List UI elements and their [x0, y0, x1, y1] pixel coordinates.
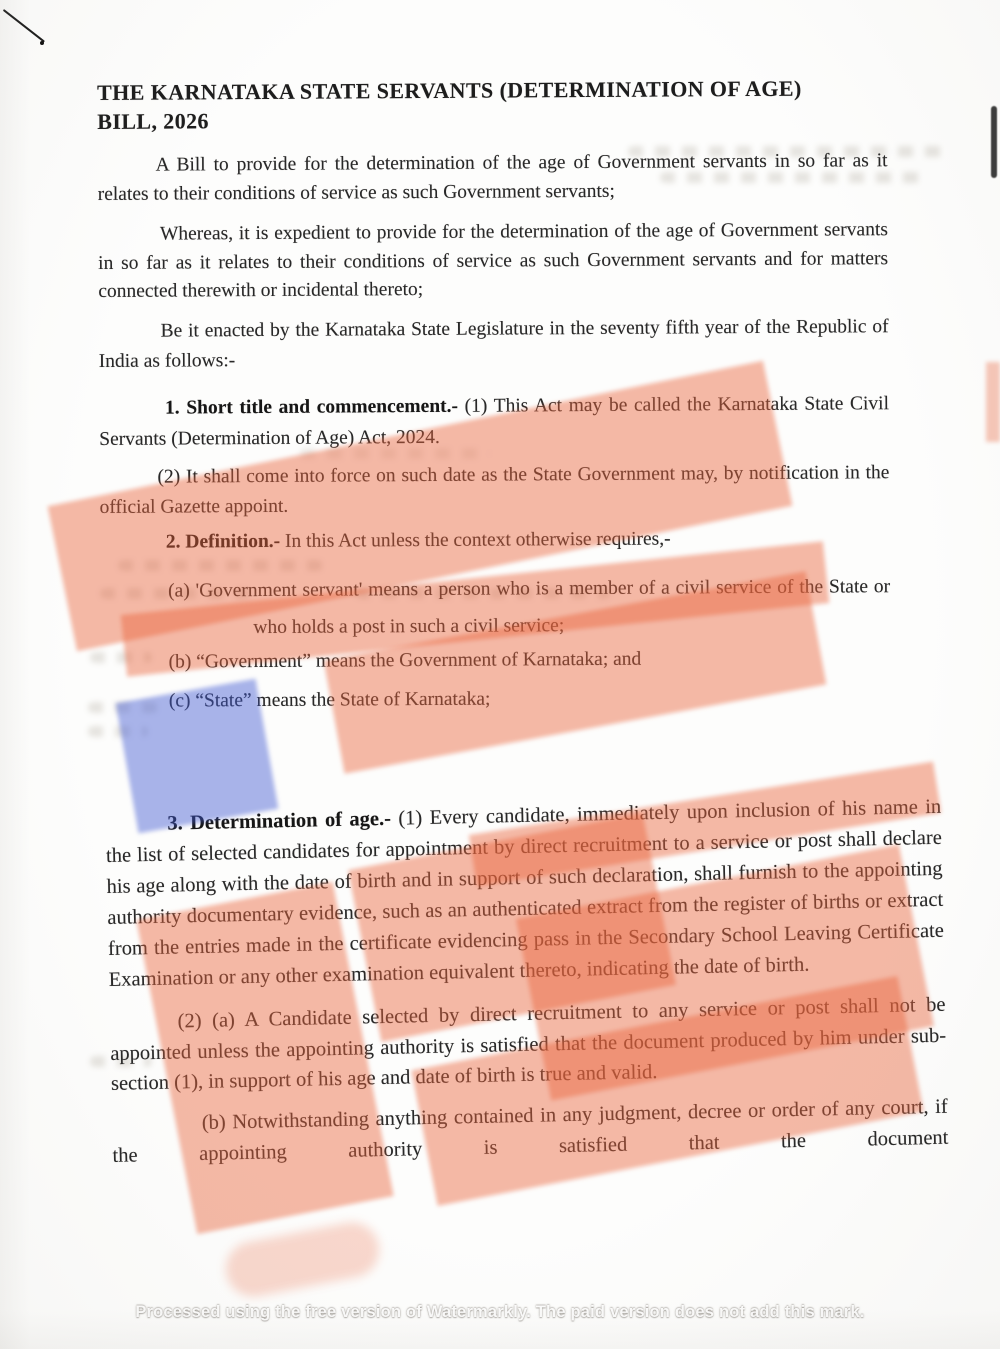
section1-clause2-paragraph: (2) It shall come into force on such dat… [99, 458, 889, 523]
section3-clause2a-paragraph: (2) (a) A Candidate selected by direct r… [109, 990, 947, 1100]
section3-paragraph: 3. Determination of age.- (1) Every cand… [105, 792, 945, 996]
definition-c-paragraph: (c) “State” means the State of Karnataka… [101, 684, 891, 715]
definition-b-paragraph: (b) “Government” means the Government of… [100, 645, 890, 676]
definition-a-paragraph: (a) 'Government servant' means a person … [100, 568, 890, 647]
page-edge-mark [991, 106, 997, 178]
section3-clause2b-paragraph: (b) Notwithstanding anything contained i… [112, 1091, 949, 1171]
highlight-orange-blob-9 [221, 1218, 384, 1302]
scanned-bill-page: THE KARNATAKA STATE SERVANTS (DETERMINAT… [0, 0, 1000, 1349]
section1-paragraph: 1. Short title and commencement.- (1) Th… [99, 388, 889, 455]
section2-heading: 2. Definition.- [166, 530, 280, 552]
pen-scratch-mark [3, 9, 45, 43]
bill-upper-text-block: THE KARNATAKA STATE SERVANTS (DETERMINAT… [97, 73, 891, 714]
bill-title-line1: THE KARNATAKA STATE SERVANTS (DETERMINAT… [97, 73, 887, 107]
highlight-orange-sliver-10 [986, 362, 1000, 442]
watermarkly-watermark: Processed using the free version of Wate… [0, 1303, 1000, 1322]
bleed-through-artifact [88, 726, 148, 737]
enacting-clause-paragraph: Be it enacted by the Karnataka State Leg… [98, 312, 888, 377]
section2-paragraph: 2. Definition.- In this Act unless the c… [100, 524, 890, 557]
pen-scratch-dot [40, 41, 44, 45]
whereas-paragraph: Whereas, it is expedient to provide for … [98, 216, 889, 306]
bill-lower-text-block: 3. Determination of age.- (1) Every cand… [105, 792, 949, 1172]
section1-heading: 1. Short title and commencement.- [165, 395, 458, 418]
bill-title-line2: BILL, 2026 [97, 102, 887, 136]
section2-intro: In this Act unless the context otherwise… [285, 528, 671, 551]
preamble-paragraph: A Bill to provide for the determination … [97, 146, 887, 209]
section3-heading: 3. Determination of age.- [167, 808, 391, 835]
